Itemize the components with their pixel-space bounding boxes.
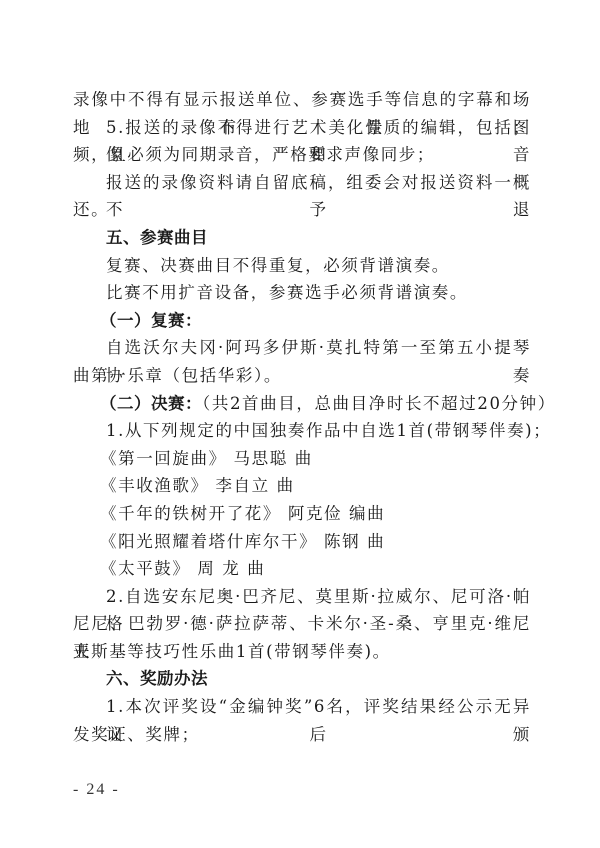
paragraph-line: 报送的录像资料请自留底稿，组委会对报送资料一概不予退 <box>73 169 531 197</box>
paragraph-line: （二）决赛：（共2首曲目，总曲目净时长不超过20分钟） <box>73 390 531 418</box>
section-heading: 六、奖励办法 <box>73 665 531 693</box>
document-body: 录像中不得有显示报送单位、参赛选手等信息的字幕和场地布景；5.报送的录像不得进行… <box>73 86 531 748</box>
section-heading: （一）复赛： <box>73 307 531 335</box>
paragraph-line: 5.报送的录像不得进行艺术美化性质的编辑，包括图像和音 <box>73 114 531 142</box>
section-heading: 五、参赛曲目 <box>73 224 531 252</box>
paragraph-line: 1.从下列规定的中国独奏作品中自选1首(带钢琴伴奏)； <box>73 417 531 445</box>
page-number: - 24 - <box>73 781 120 799</box>
subsection-heading: （二）决赛： <box>100 394 202 413</box>
paragraph-line: 《丰收渔歌》 李自立 曲 <box>73 472 531 500</box>
paragraph-line: 《太平鼓》 周 龙 曲 <box>73 555 531 583</box>
paragraph-line: 比赛不用扩音设备，参赛选手必须背谱演奏。 <box>73 279 531 307</box>
paragraph-line: 《阳光照耀着塔什库尔干》 陈钢 曲 <box>73 528 531 556</box>
paragraph-line: 复赛、决赛曲目不得重复，必须背谱演奏。 <box>73 252 531 280</box>
paragraph-line: 《第一回旋曲》 马思聪 曲 <box>73 445 531 473</box>
paragraph-line: 尼尼、巴勃罗·德·萨拉萨蒂、卡米尔·圣-桑、亨里克·维尼亚 <box>73 610 531 638</box>
paragraph-line: 录像中不得有显示报送单位、参赛选手等信息的字幕和场地布景； <box>73 86 531 114</box>
paragraph-line: 《千年的铁树开了花》 阿克俭 编曲 <box>73 500 531 528</box>
subsection-note: （共2首曲目，总曲目净时长不超过20分钟） <box>202 394 556 413</box>
paragraph-line: 1.本次评奖设“金编钟奖”6名，评奖结果经公示无异议后颁 <box>73 693 531 721</box>
paragraph-line: 自选沃尔夫冈·阿玛多伊斯·莫扎特第一至第五小提琴协奏 <box>73 334 531 362</box>
paragraph-line: 2.自选安东尼奥·巴齐尼、莫里斯·拉威尔、尼可洛·帕格 <box>73 583 531 611</box>
paragraph-line: 夫斯基等技巧性乐曲1首(带钢琴伴奏)。 <box>73 638 531 666</box>
